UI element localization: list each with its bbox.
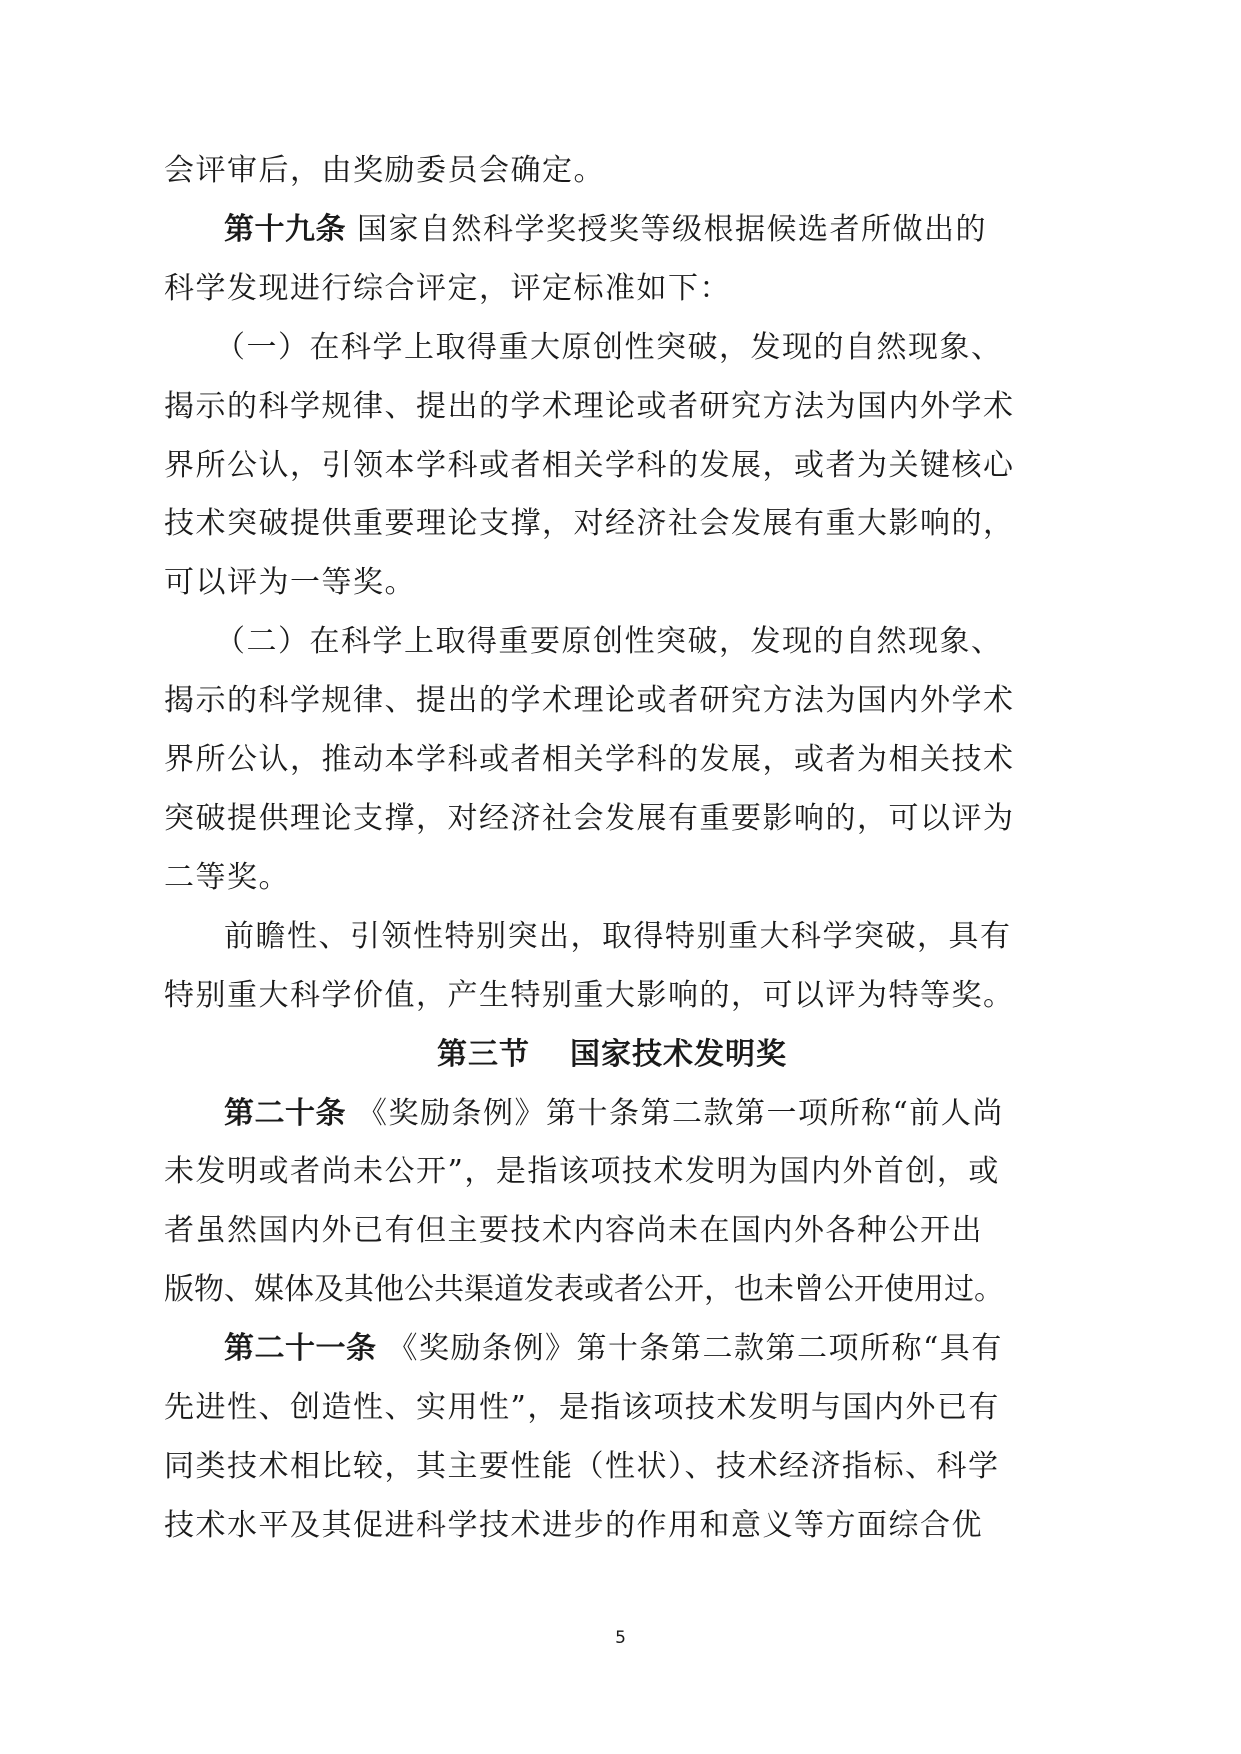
- text-line: 揭示的科学规律、提出的学术理论或者研究方法为国内外学术: [164, 378, 1060, 437]
- text-line: 特别重大科学价值，产生特别重大影响的，可以评为特等奖。: [164, 967, 1060, 1026]
- text-fragment: 《奖励条例》第十条第二款第二项所称“具有: [388, 1331, 1003, 1366]
- page-number: 5: [0, 1628, 1241, 1648]
- section-number: 第三节: [437, 1037, 530, 1072]
- text-line: 同类技术相比较，其主要性能（性状）、技术经济指标、科学: [164, 1438, 1060, 1497]
- text-line: 未发明或者尚未公开”，是指该项技术发明为国内外首创，或: [164, 1143, 1060, 1202]
- text-line: 突破提供理论支撑，对经济社会发展有重要影响的，可以评为: [164, 790, 1060, 849]
- paragraph-continuation: 会评审后，由奖励委员会确定。: [164, 142, 1060, 201]
- text-line: 先进性、创造性、实用性”，是指该项技术发明与国内外已有: [164, 1379, 1060, 1438]
- text-line: 第二十一条 《奖励条例》第十条第二款第二项所称“具有: [164, 1320, 1060, 1379]
- text-line: 前瞻性、引领性特别突出，取得特别重大科学突破，具有: [164, 908, 1060, 967]
- text-fragment: 国家自然科学奖授奖等级根据候选者所做出的: [357, 212, 987, 247]
- item-2: （二）在科学上取得重要原创性突破，发现的自然现象、 揭示的科学规律、提出的学术理…: [164, 613, 1060, 908]
- text-line: 科学发现进行综合评定，评定标准如下：: [164, 260, 1060, 319]
- text-line: 可以评为一等奖。: [164, 554, 1060, 613]
- text-line: 界所公认，引领本学科或者相关学科的发展，或者为关键核心: [164, 437, 1060, 496]
- article-label: 第二十一条: [224, 1331, 377, 1366]
- text-line: 界所公认，推动本学科或者相关学科的发展，或者为相关技术: [164, 731, 1060, 790]
- text-line: 揭示的科学规律、提出的学术理论或者研究方法为国内外学术: [164, 672, 1060, 731]
- text-line: 技术突破提供重要理论支撑，对经济社会发展有重大影响的，: [164, 495, 1060, 554]
- text-line: （二）在科学上取得重要原创性突破，发现的自然现象、: [164, 613, 1060, 672]
- article-label: 第二十条: [224, 1096, 346, 1131]
- text-line: 技术水平及其促进科学技术进步的作用和意义等方面综合优: [164, 1497, 1060, 1556]
- item-1: （一）在科学上取得重大原创性突破，发现的自然现象、 揭示的科学规律、提出的学术理…: [164, 319, 1060, 614]
- text-line: 者虽然国内外已有但主要技术内容尚未在国内外各种公开出: [164, 1202, 1060, 1261]
- section-heading: 第三节国家技术发明奖: [164, 1026, 1060, 1085]
- article-21: 第二十一条 《奖励条例》第十条第二款第二项所称“具有 先进性、创造性、实用性”，…: [164, 1320, 1060, 1556]
- paragraph-special-prize: 前瞻性、引领性特别突出，取得特别重大科学突破，具有 特别重大科学价值，产生特别重…: [164, 908, 1060, 1026]
- document-page: 会评审后，由奖励委员会确定。 第十九条 国家自然科学奖授奖等级根据候选者所做出的…: [164, 142, 1060, 1556]
- text-line: （一）在科学上取得重大原创性突破，发现的自然现象、: [164, 319, 1060, 378]
- text-line: 二等奖。: [164, 849, 1060, 908]
- section-title: 国家技术发明奖: [570, 1037, 787, 1072]
- article-19: 第十九条 国家自然科学奖授奖等级根据候选者所做出的 科学发现进行综合评定，评定标…: [164, 201, 1060, 319]
- text-line: 会评审后，由奖励委员会确定。: [164, 142, 1060, 201]
- text-fragment: 《奖励条例》第十条第二款第一项所称“前人尚: [357, 1096, 1004, 1131]
- article-label: 第十九条: [224, 212, 346, 247]
- text-line: 第二十条 《奖励条例》第十条第二款第一项所称“前人尚: [164, 1085, 1060, 1144]
- text-line: 版物、媒体及其他公共渠道发表或者公开，也未曾公开使用过。: [164, 1261, 1060, 1320]
- text-line: 第十九条 国家自然科学奖授奖等级根据候选者所做出的: [164, 201, 1060, 260]
- article-20: 第二十条 《奖励条例》第十条第二款第一项所称“前人尚 未发明或者尚未公开”，是指…: [164, 1085, 1060, 1321]
